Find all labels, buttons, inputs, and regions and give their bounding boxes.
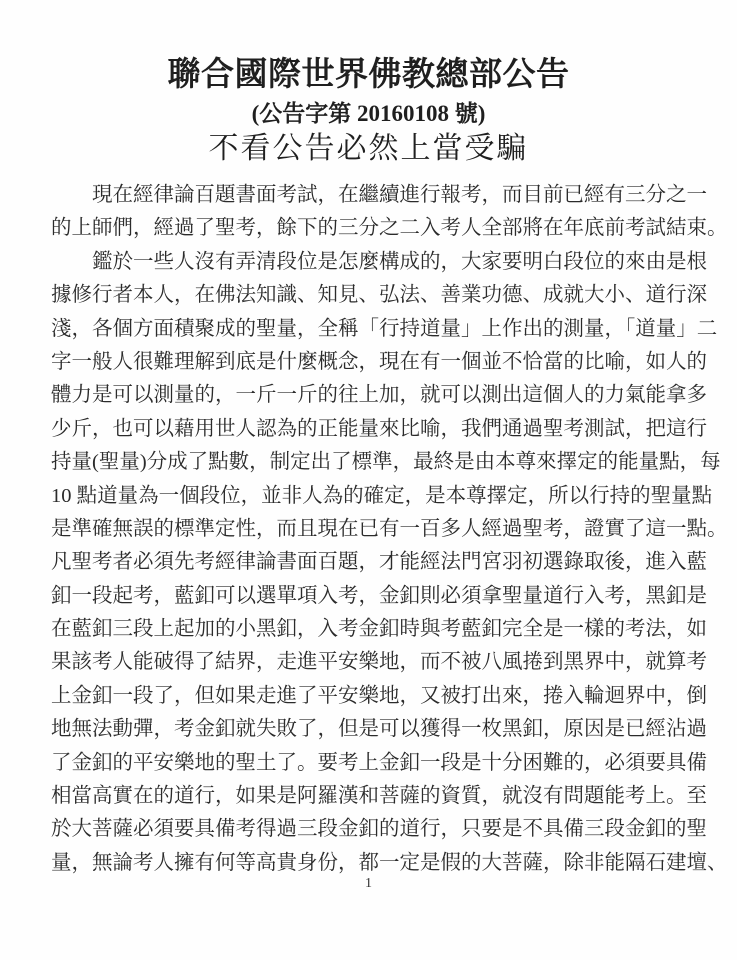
page-title: 聯合國際世界佛教總部公告	[0, 52, 737, 98]
body-line: 果該考人能破得了結界，走進平安樂地，而不被八風捲到黑界中，就算考	[51, 646, 686, 679]
announcement-number: (公告字第 20160108 號)	[0, 98, 737, 129]
body-line: 在藍釦三段上起加的小黑釦，入考金釦時與考藍釦完全是一樣的考法，如	[51, 613, 686, 646]
body-line: 10 點道量為一個段位，並非人為的確定，是本尊擇定，所以行持的聖量點	[51, 480, 686, 513]
page-number: 1	[0, 876, 737, 892]
body-line: 少斤，也可以藉用世人認為的正能量來比喻，我們通過聖考測試，把這行	[51, 413, 686, 446]
body-line: 鑑於一些人沒有弄清段位是怎麼構成的，大家要明白段位的來由是根	[51, 246, 686, 279]
body-line: 體力是可以測量的，一斤一斤的往上加，就可以測出這個人的力氣能拿多	[51, 379, 686, 412]
document-body: 現在經律論百題書面考試，在繼續進行報考，而目前已經有三分之一 的上師們，經過了聖…	[51, 179, 686, 880]
body-line: 凡聖考者必須先考經律論書面百題，才能經法門宮羽初選錄取後，進入藍	[51, 546, 686, 579]
page-subtitle: 不看公告必然上當受騙	[0, 129, 737, 169]
body-line: 是準確無誤的標準定性，而且現在已有一百多人經過聖考，證實了這一點。	[51, 513, 686, 546]
document-page: 聯合國際世界佛教總部公告 (公告字第 20160108 號) 不看公告必然上當受…	[0, 0, 737, 960]
body-line: 地無法動彈，考金釦就失敗了，但是可以獲得一枚黑釦，原因是已經沾過	[51, 713, 686, 746]
body-line: 於大菩薩必須要具備考得過三段金釦的道行，只要是不具備三段金釦的聖	[51, 813, 686, 846]
document-header: 聯合國際世界佛教總部公告 (公告字第 20160108 號) 不看公告必然上當受…	[0, 52, 737, 169]
body-line: 現在經律論百題書面考試，在繼續進行報考，而目前已經有三分之一	[51, 179, 686, 212]
body-line: 的上師們，經過了聖考，餘下的三分之二入考人全部將在年底前考試結束。	[51, 212, 686, 245]
body-line: 釦一段起考，藍釦可以選單項入考，金釦則必須拿聖量道行入考，黑釦是	[51, 580, 686, 613]
body-line: 持量(聖量)分成了點數，制定出了標準，最終是由本尊來擇定的能量點，每	[51, 446, 686, 479]
body-line: 據修行者本人，在佛法知識、知見、弘法、善業功德、成就大小、道行深	[51, 279, 686, 312]
body-line: 了金釦的平安樂地的聖土了。要考上金釦一段是十分困難的，必須要具備	[51, 747, 686, 780]
body-line: 相當高實在的道行，如果是阿羅漢和菩薩的資質，就沒有問題能考上。至	[51, 780, 686, 813]
body-line: 淺，各個方面積聚成的聖量，全稱「行持道量」上作出的測量，「道量」二	[51, 313, 686, 346]
body-line: 上金釦一段了，但如果走進了平安樂地，又被打出來，捲入輪迴界中，倒	[51, 680, 686, 713]
body-line: 字一般人很難理解到底是什麼概念，現在有一個並不恰當的比喻，如人的	[51, 346, 686, 379]
